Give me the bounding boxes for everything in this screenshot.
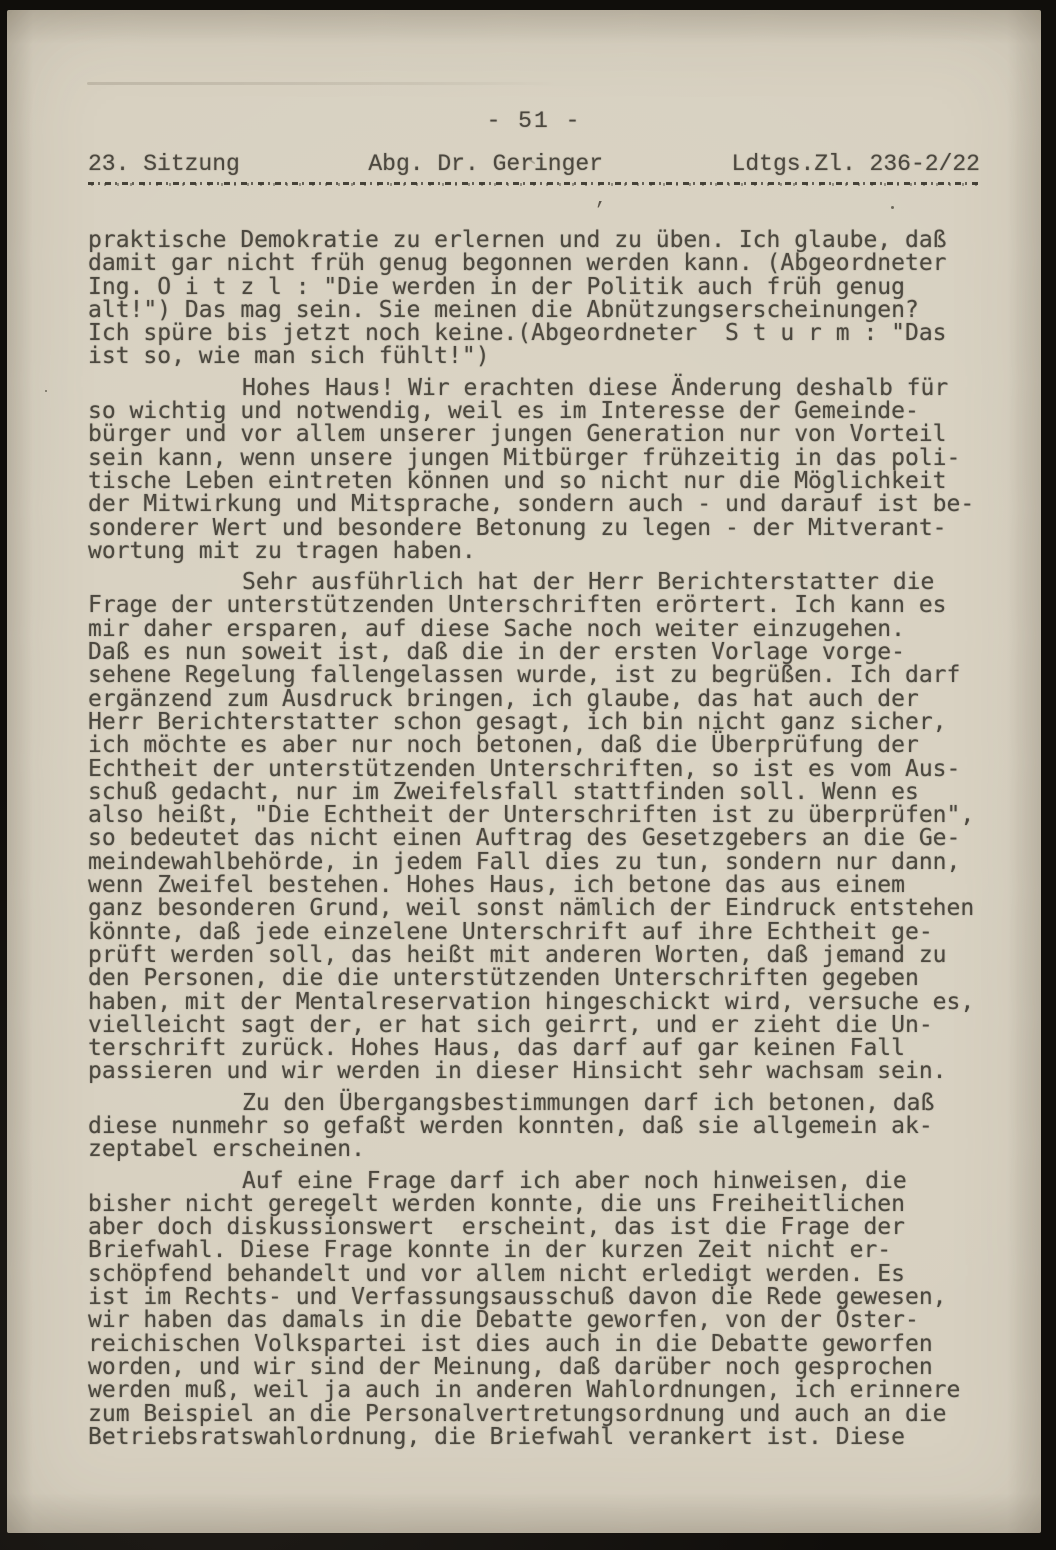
- scanned-page: , - 51 - 23. Sitzung Abg. Dr. Geringer L…: [0, 0, 1056, 1550]
- header-session: 23. Sitzung: [88, 153, 240, 176]
- paragraph-5: Auf eine Frage darf ich aber noch hinwei…: [88, 1170, 980, 1450]
- paragraph-1: praktische Demokratie zu erlernen und zu…: [88, 229, 980, 369]
- page-header: 23. Sitzung Abg. Dr. Geringer Ldtgs.Zl. …: [88, 153, 980, 176]
- page-number: - 51 -: [88, 110, 980, 133]
- speech-body: praktische Demokratie zu erlernen und zu…: [88, 229, 980, 1449]
- header-reference: Ldtgs.Zl. 236-2/22: [732, 153, 980, 176]
- paragraph-4: Zu den Übergangsbestimmungen darf ich be…: [88, 1092, 980, 1162]
- header-speaker: Abg. Dr. Geringer: [368, 153, 603, 176]
- paragraph-2: Hohes Haus! Wir erachten diese Änderung …: [88, 377, 980, 563]
- paragraph-3: Sehr ausführlich hat der Herr Berichters…: [88, 571, 980, 1084]
- page-content: - 51 - 23. Sitzung Abg. Dr. Geringer Ldt…: [88, 10, 980, 1457]
- divider-rule: [88, 182, 980, 186]
- scan-speck: [45, 390, 47, 392]
- paper-sheet: , - 51 - 23. Sitzung Abg. Dr. Geringer L…: [7, 10, 1041, 1533]
